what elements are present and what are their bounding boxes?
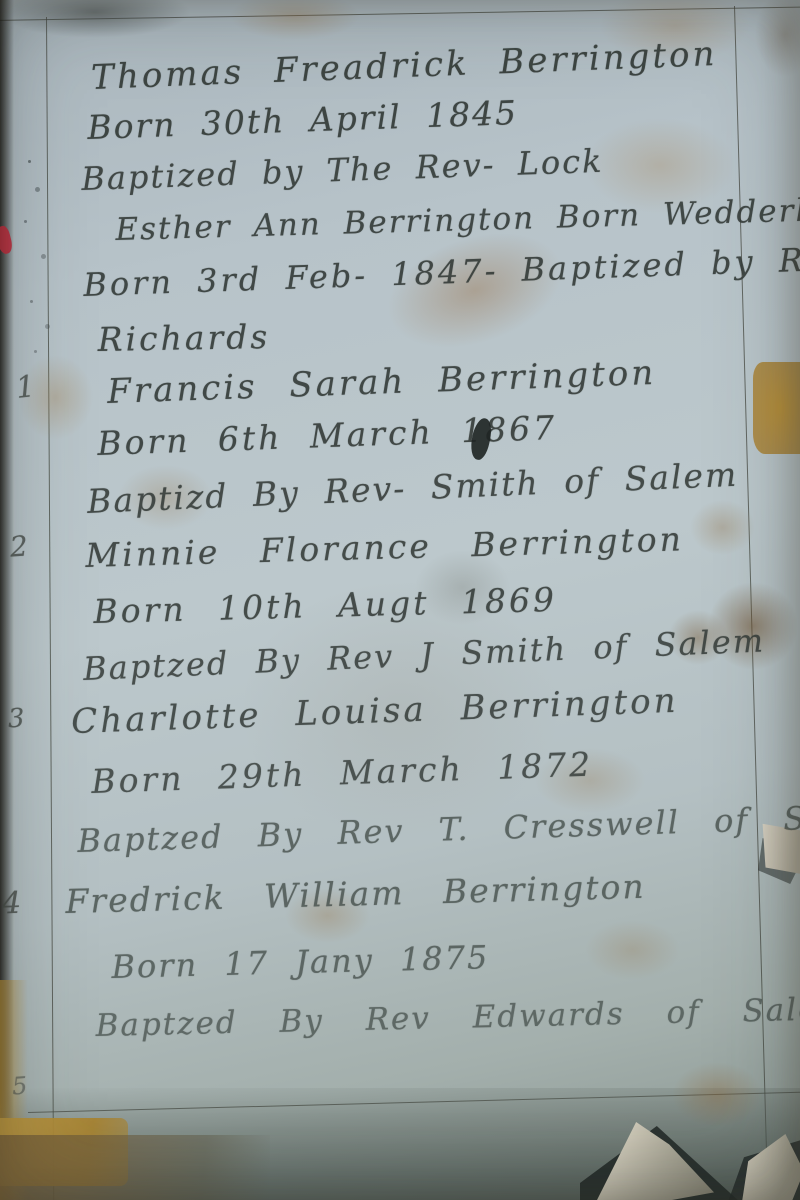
red-mark <box>0 225 14 256</box>
handwriting-line: Born 29th March 1872 <box>91 745 594 801</box>
handwriting-line: Charlotte Louisa Berrington <box>71 681 680 742</box>
handwriting-line: Thomas Freadrick Berrington <box>90 34 718 98</box>
handwriting-line: Baptzed By Rev T. Cresswell of Salem <box>77 796 800 860</box>
margin-number: 1 <box>14 369 37 406</box>
margin-number: 4 <box>1 886 21 922</box>
handwriting-line: Born 3rd Feb- 1847- Baptized by Rev <box>83 239 800 304</box>
ink-specks <box>28 160 31 163</box>
handwriting-line: Baptizd By Rev- Smith of Salem <box>86 455 739 521</box>
margin-number: 3 <box>7 704 25 735</box>
register-page-photo: Thomas Freadrick Berrington Born 30th Ap… <box>0 0 800 1200</box>
handwriting-line: Baptzed By Rev J Smith of Salem <box>82 621 765 688</box>
margin-number: 5 <box>11 1072 28 1101</box>
torn-flap-bottom-far-right-shadow <box>728 1138 800 1200</box>
left-binding-edge <box>0 0 14 1200</box>
ruled-line-bottom <box>28 1092 800 1113</box>
handwriting-line: Born 6th March 1867 <box>97 408 558 463</box>
handwriting-line: Minnie Florance Berrington <box>85 519 684 575</box>
handwriting-line: Esther Ann Berrington Born Wedderburn <box>115 191 800 248</box>
bottom-dark-band <box>0 1088 800 1200</box>
handwriting-line: Richards <box>97 317 270 359</box>
handwriting-line: Born 17 Jany 1875 <box>111 938 490 986</box>
stain <box>690 500 755 555</box>
tape-patch-bottom-left <box>0 1118 128 1186</box>
ruled-line-top <box>0 6 800 21</box>
handwriting-line: Fredrick William Berrington <box>65 867 646 921</box>
tape-shadow-bottom-left <box>0 1135 270 1200</box>
handwriting-line: Born 30th April 1845 <box>87 93 519 147</box>
handwriting-line: Baptized by The Rev- Lock <box>81 142 604 198</box>
stain <box>585 920 680 980</box>
torn-flap-right-mid-shadow <box>758 838 800 884</box>
stain <box>230 0 360 40</box>
handwriting-line: Francis Sarah Berrington <box>107 353 657 412</box>
tape-patch-right <box>753 362 800 454</box>
torn-flap-bottom-far-right <box>742 1134 800 1200</box>
torn-flap-bottom-right <box>596 1122 714 1200</box>
stain <box>755 0 800 77</box>
handwriting-line: Born 10th Augt 1869 <box>93 580 557 631</box>
torn-flap-bottom-right-shadow <box>580 1126 740 1200</box>
margin-number: 2 <box>9 529 29 563</box>
ruled-line-left-margin <box>46 17 54 1200</box>
handwriting-line: Baptzed By Rev Edwards of Salem <box>95 991 800 1044</box>
